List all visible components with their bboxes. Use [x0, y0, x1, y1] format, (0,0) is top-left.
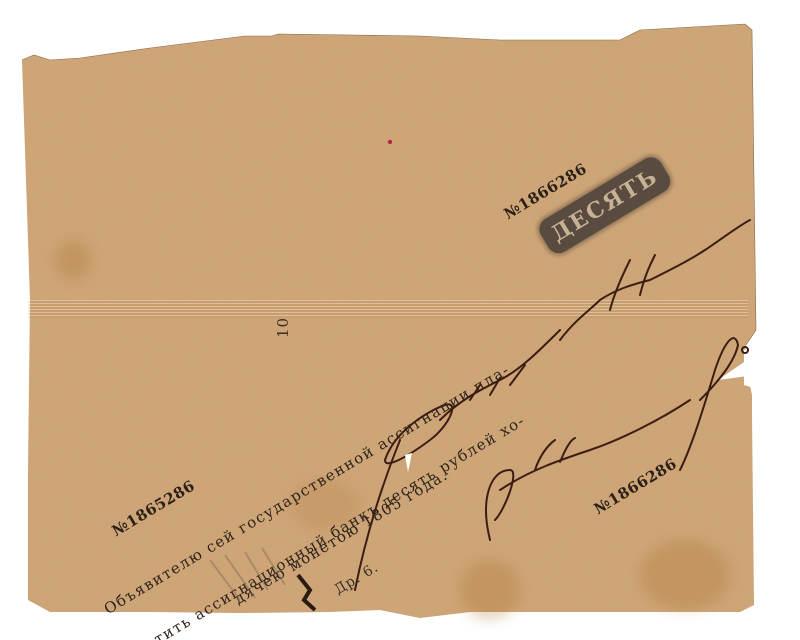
- banknote: 10 №1866286 №1865286 №1866286 Объявителю…: [0, 0, 800, 640]
- signatures: [0, 0, 800, 640]
